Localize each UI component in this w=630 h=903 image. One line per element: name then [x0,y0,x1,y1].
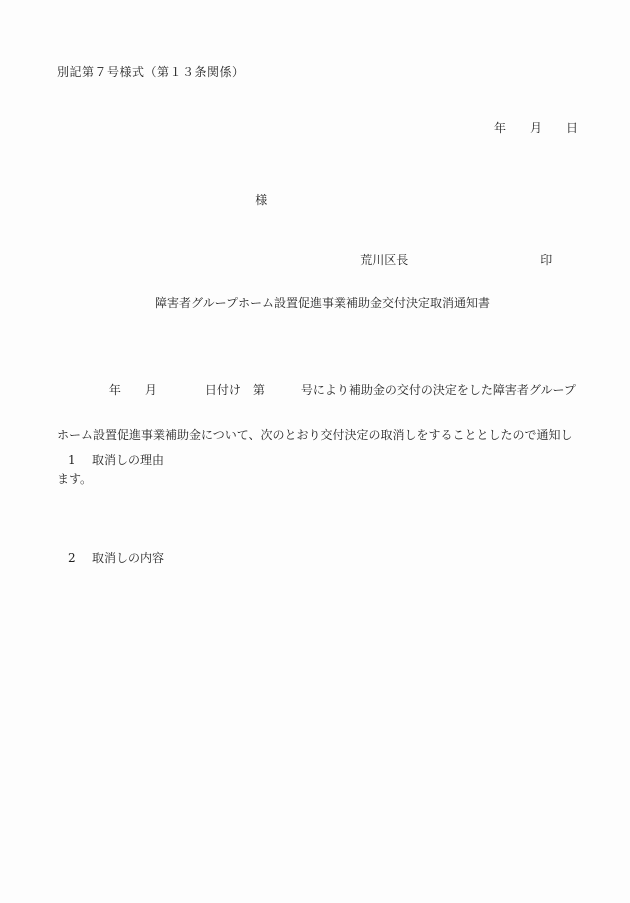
addressee-honorific: 様 [255,193,267,207]
clause-cancellation-content: 2 取消しの内容 [68,552,164,564]
sender-line: 荒川区長印 [345,242,552,278]
issue-date-line: 年 月 日 [494,122,578,134]
clause-number: 2 [68,552,76,564]
body-paragraph: 年 月 日付け 第 号により補助金の交付の決定をした障害者グループ ホーム設置促… [57,356,587,514]
body-line-3: ます。 [57,469,587,490]
addressee-line: 様 [240,182,267,218]
clause-label: 取消しの内容 [92,552,164,564]
clause-label: 取消しの理由 [92,454,164,466]
clause-cancellation-reason: 1 取消しの理由 [68,454,164,466]
document-page: 別記第７号様式（第１３条関係） 年 月 日 様 荒川区長印 障害者グループホーム… [0,0,630,903]
form-number: 別記第７号様式（第１３条関係） [57,66,245,78]
sender-title: 荒川区長 [360,253,408,267]
body-line-2: ホーム設置促進事業補助金について、次のとおり交付決定の取消しをすることとしたので… [57,425,587,446]
clause-number: 1 [68,454,76,466]
document-title: 障害者グループホーム設置促進事業補助金交付決定取消通知書 [155,297,490,309]
body-line-1: 年 月 日付け 第 号により補助金の交付の決定をした障害者グループ [57,380,587,401]
seal-mark: 印 [540,253,552,267]
